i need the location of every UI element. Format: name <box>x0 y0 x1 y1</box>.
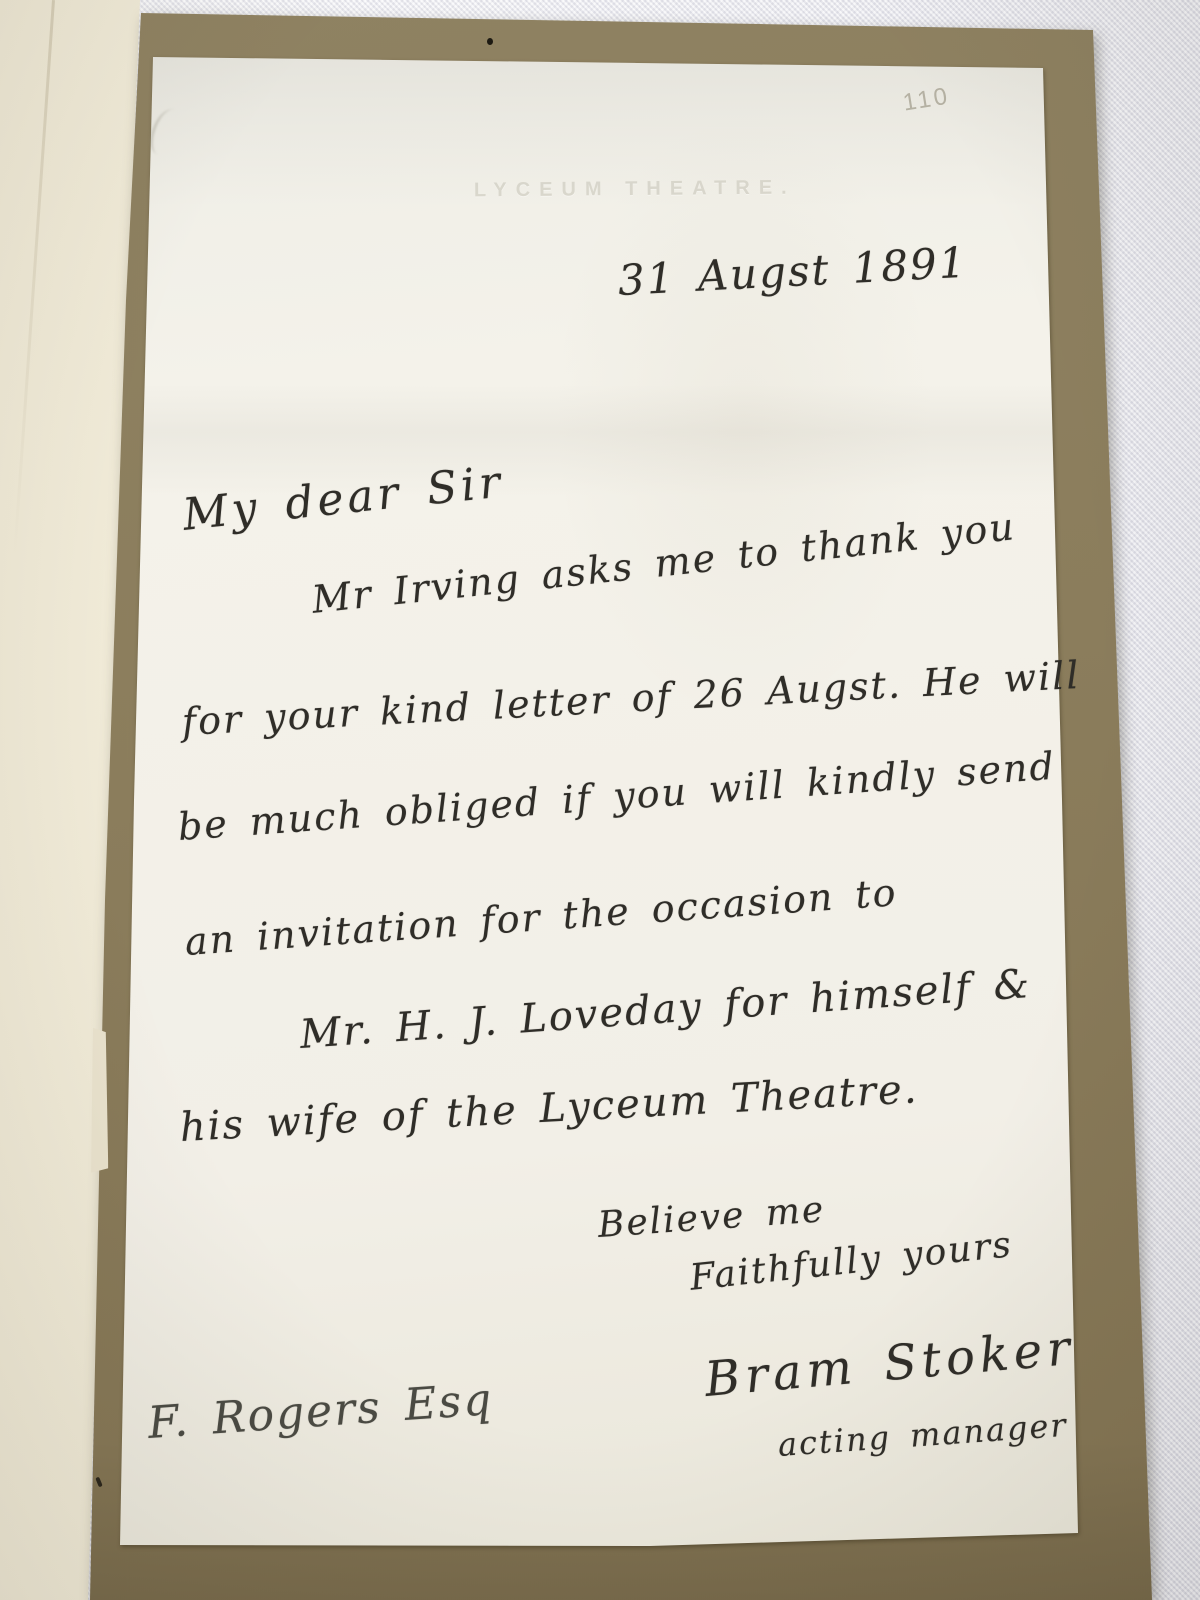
embossed-letterhead: LYCEUM THEATRE. <box>474 177 796 203</box>
photo-of-album-page: 110 LYCEUM THEATRE. 31 Augst 1891 My dea… <box>0 0 1200 1600</box>
